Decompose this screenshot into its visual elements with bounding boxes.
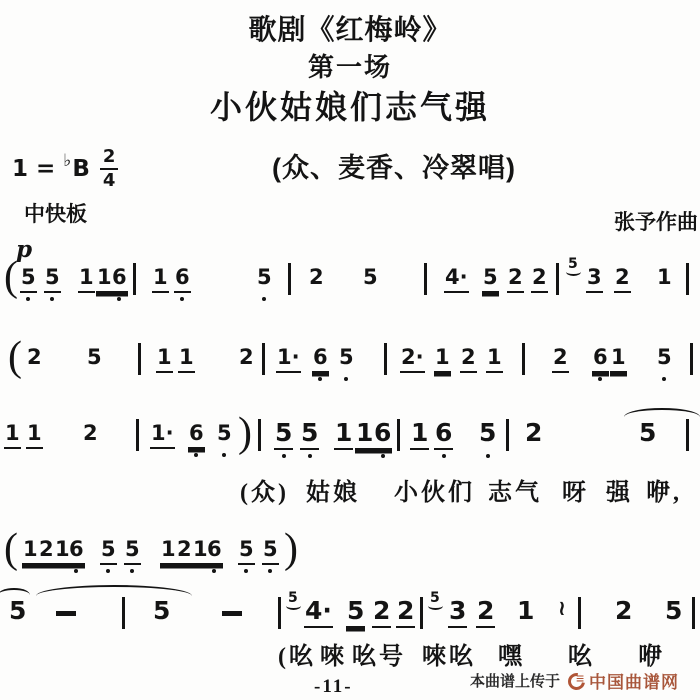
notation-note: 2 <box>552 346 569 373</box>
notation-note: 5 <box>362 266 379 291</box>
notation-note: 2 <box>531 266 548 293</box>
barline <box>278 597 281 629</box>
notation-note: 5 <box>124 538 141 565</box>
music-line-2: (251121·652·1212615 <box>0 346 700 402</box>
watermark: 本曲谱上传于 ≡ 中国曲谱网 <box>470 668 679 693</box>
key-letter: B <box>72 156 90 182</box>
phrase-open-paren: ( <box>4 256 18 298</box>
lyric-syllable: 唻 <box>320 636 347 671</box>
low-octave-dot <box>318 377 322 381</box>
low-octave-dot <box>222 453 226 457</box>
notation-note: 5 <box>300 419 319 450</box>
composer-credit: 张予作曲 <box>614 206 698 236</box>
logo-lines: ≡ <box>576 670 584 686</box>
notation-note: 4· <box>444 266 469 293</box>
lyric-syllable: 咿 <box>638 636 665 671</box>
notation-note: 5 <box>216 422 233 447</box>
barline <box>522 343 525 375</box>
notation-note: 5 <box>338 346 355 371</box>
notation-note: 2 <box>308 266 325 291</box>
grace-note: 5 <box>568 257 578 271</box>
notation-note: 1 <box>334 419 353 450</box>
low-octave-dot <box>244 569 248 573</box>
notation-note: 2· <box>400 346 425 373</box>
low-octave-dot <box>268 569 272 573</box>
notation-note: 2 <box>26 346 43 371</box>
notation-note: 2 <box>614 597 633 626</box>
barline <box>397 419 400 451</box>
notation-note: 3 <box>586 266 603 293</box>
song-title: 小伙姑娘们志气强 <box>0 82 700 128</box>
notation-note: 2 <box>238 346 255 371</box>
barline <box>136 419 139 451</box>
lyric-syllable: 志气 <box>488 472 542 507</box>
notation-note: 1 <box>516 597 535 626</box>
notation-note: 5 <box>86 346 103 371</box>
low-octave-dot <box>74 569 78 573</box>
low-octave-dot <box>442 454 446 458</box>
notation-note: 1 <box>156 346 173 373</box>
notation-note: 6 <box>174 266 191 293</box>
low-octave-dot <box>282 454 286 458</box>
slur <box>0 588 30 602</box>
notation-note: 2 <box>507 266 524 293</box>
notation-note: 6 <box>592 346 609 373</box>
notation-note: 5 <box>20 266 37 293</box>
augmentation-dot: · <box>166 421 174 445</box>
notation-note: 2 <box>614 266 631 293</box>
low-octave-dot <box>344 377 348 381</box>
equals-sign: = <box>36 156 55 182</box>
notation-note: 2 <box>176 538 193 565</box>
key-signature: 1 = ♭ B 2 4 <box>12 148 118 190</box>
phrase-open-paren: ( <box>4 528 18 570</box>
notation-note: 1 <box>22 538 39 565</box>
site-logo-icon: ≡ <box>568 673 585 688</box>
barline <box>578 597 581 629</box>
notation-note: 2 <box>476 597 495 628</box>
music-line-1: (55116165254·5225321 <box>0 266 700 322</box>
lyric-syllable: 吆号 <box>352 636 406 671</box>
notation-note: 2 <box>396 597 415 628</box>
meter-denominator: 4 <box>103 170 116 190</box>
notation-note: 5 <box>256 266 273 291</box>
notation-note: 1 <box>610 346 627 373</box>
barline <box>556 263 559 295</box>
lyric-syllable: 小伙们 <box>394 472 475 507</box>
low-octave-dot <box>262 297 266 301</box>
duration-dash <box>56 611 76 616</box>
notation-note: 5 <box>238 538 255 565</box>
low-octave-dot <box>308 454 312 458</box>
slur <box>624 408 700 426</box>
low-octave-dot <box>194 453 198 457</box>
lyric-syllable: 咿, <box>646 472 682 507</box>
notation-note: 1 <box>160 538 177 565</box>
barline <box>506 419 509 451</box>
low-octave-dot <box>106 569 110 573</box>
lyric-syllable: 强 <box>606 472 633 507</box>
grace-note: 5 <box>430 591 440 605</box>
barline <box>424 263 427 295</box>
notation-note: 2 <box>38 538 55 565</box>
notation-note: 6 <box>312 346 329 373</box>
duration-dash <box>222 611 242 616</box>
lyrics-line-2: (吆唻吆号唻吆嘿吆咿 <box>0 636 700 668</box>
notation-note: 5 <box>478 419 497 448</box>
notation-note: 6 <box>206 538 223 565</box>
notation-note: 1 <box>434 346 451 373</box>
low-octave-dot <box>381 454 385 458</box>
music-line-3: 1121·65)5511616525 <box>0 422 700 478</box>
page-number: -11- <box>314 676 353 698</box>
notation-note: 5 <box>664 597 683 626</box>
wavy-line-ornament: ≀ <box>558 596 566 620</box>
notation-note: 1 <box>178 346 195 373</box>
barline <box>384 343 387 375</box>
augmentation-dot: · <box>322 596 332 625</box>
barline <box>420 597 423 629</box>
lyric-syllable: 姑娘 <box>306 472 360 507</box>
notation-note: 1 <box>78 266 95 293</box>
barline <box>288 263 291 295</box>
dynamic-marking: p <box>16 236 32 263</box>
augmentation-dot: · <box>460 265 468 289</box>
lyric-syllable: 呀 <box>562 472 589 507</box>
phrase-close-paren: ) <box>238 412 252 454</box>
phrase-close-paren: ) <box>284 528 298 570</box>
low-octave-dot <box>486 454 490 458</box>
notation-note: 6 <box>434 419 453 450</box>
notation-note: 6 <box>111 266 128 293</box>
barline <box>138 343 141 375</box>
augmentation-dot: · <box>416 345 424 369</box>
lyric-syllable: (众) <box>240 472 289 507</box>
grace-note: 5 <box>288 591 298 605</box>
low-octave-dot <box>662 377 666 381</box>
notation-note: 5 <box>100 538 117 565</box>
notation-note: 1 <box>486 346 503 373</box>
notation-note: 5 <box>656 346 673 371</box>
scene-title: 第一场 <box>0 47 700 84</box>
opera-title: 歌剧《红梅岭》 <box>0 8 700 48</box>
notation-note: 1· <box>150 422 175 449</box>
low-octave-dot <box>50 297 54 301</box>
singers-label: (众、麦香、冷翠唱) <box>272 146 516 185</box>
notation-note: 5 <box>44 266 61 293</box>
key-tonic: 1 <box>12 156 28 182</box>
notation-note: 1 <box>152 266 169 293</box>
barline <box>690 343 693 375</box>
low-octave-dot <box>180 297 184 301</box>
augmentation-dot: · <box>292 345 300 369</box>
flat-sign-icon: ♭ <box>63 151 71 171</box>
low-octave-dot <box>26 297 30 301</box>
notation-note: 5 <box>262 538 279 565</box>
notation-note: 2 <box>372 597 391 628</box>
notation-note: 2 <box>524 419 543 448</box>
lyrics-line-1: (众)姑娘小伙们志气呀强咿, <box>0 472 700 504</box>
barline <box>133 263 136 295</box>
notation-note: 1 <box>4 422 21 449</box>
notation-note: 1 <box>26 422 43 449</box>
notation-note: 2 <box>460 346 477 373</box>
barline <box>262 343 265 375</box>
notation-note: 5 <box>274 419 293 450</box>
notation-note: 6 <box>188 422 205 449</box>
low-octave-dot <box>130 569 134 573</box>
notation-note: 3 <box>448 597 467 628</box>
notation-note: 4· <box>304 597 333 628</box>
lyric-syllable: 吆 <box>568 636 595 671</box>
slur <box>36 585 192 607</box>
watermark-prefix: 本曲谱上传于 <box>470 670 560 691</box>
phrase-open-paren: ( <box>8 336 22 378</box>
time-signature: 2 4 <box>100 148 119 190</box>
tempo-marking: 中快板 <box>24 198 87 228</box>
low-octave-dot <box>598 377 602 381</box>
notation-note: 1 <box>656 266 673 291</box>
low-octave-dot <box>212 569 216 573</box>
notation-note: 5 <box>346 597 365 628</box>
notation-note: 2 <box>82 422 99 447</box>
lyric-syllable: (吆 <box>278 636 316 671</box>
notation-note: 6 <box>373 419 392 450</box>
notation-note: 1· <box>276 346 301 373</box>
barline <box>258 419 261 451</box>
notation-note: 1 <box>410 419 429 450</box>
barline <box>692 597 695 629</box>
barline <box>686 263 689 295</box>
notation-note: 5 <box>482 266 499 293</box>
meter-numerator: 2 <box>100 148 119 170</box>
lyric-syllable: 嘿 <box>498 636 525 671</box>
notation-note: 1 <box>355 419 374 450</box>
site-name: 中国曲谱网 <box>589 668 679 693</box>
notation-note: 6 <box>68 538 85 565</box>
lyric-syllable: 唻吆 <box>422 636 476 671</box>
low-octave-dot <box>117 297 121 301</box>
